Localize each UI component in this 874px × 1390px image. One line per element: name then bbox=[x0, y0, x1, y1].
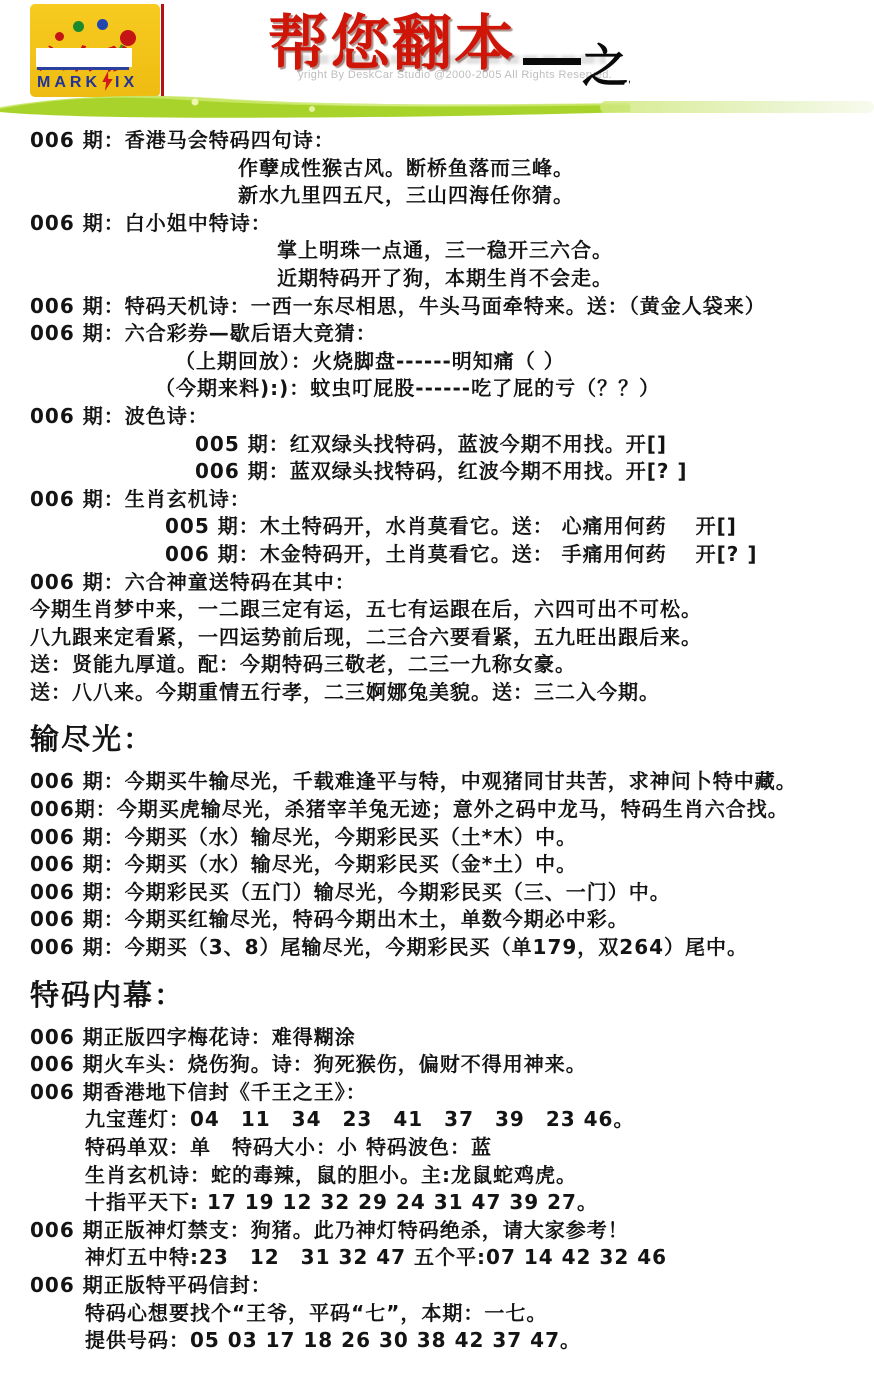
marksix-logo: 六合彩 MARKIX bbox=[30, 4, 160, 97]
text-line: 生肖玄机诗：蛇的毒辣，鼠的胆小。主:龙鼠蛇鸡虎。 bbox=[30, 1162, 868, 1190]
page: 六合彩 MARKIX yright By DeskCar Studio @200… bbox=[0, 0, 874, 1390]
text-line: 006 期香港地下信封《千王之王》： bbox=[30, 1079, 868, 1107]
text-line: 006 期：今期买（水）输尽光，今期彩民买（土*木）中。 bbox=[30, 824, 868, 852]
logo-dot bbox=[73, 21, 84, 32]
text-line: 作孽成性猴古风。断桥鱼落而三峰。 bbox=[30, 155, 868, 183]
text-line: 送：贤能九厚道。配：今期特码三敬老，二三一九称女豪。 bbox=[30, 651, 868, 679]
text-line: 九宝莲灯：04 11 34 23 41 37 39 23 46。 bbox=[30, 1106, 868, 1134]
text-line: 006 期：今期买牛输尽光，千载难逢平与特，中观猪同甘共苦，求神问卜特中藏。 bbox=[30, 768, 868, 796]
text-line: 006 期：今期买（3、8）尾输尽光，今期彩民买（单179，双264）尾中。 bbox=[30, 934, 868, 962]
text-line: 006 期：六合神童送特码在其中： bbox=[30, 569, 868, 597]
text-line: 006 期：特码天机诗：一西一东尽相思，牛头马面牵特来。送：（黄金人袋来） bbox=[30, 293, 868, 321]
text-line: 005 期：木土特码开，水肖莫看它。送： 心痛用何药 开[] bbox=[30, 513, 868, 541]
grass-dot bbox=[192, 99, 199, 106]
text-line: 006 期正版神灯禁支：狗猪。此乃神灯特码绝杀，请大家参考！ bbox=[30, 1217, 868, 1245]
text-line: 特码心想要找个“王爷，平码“七”，本期：一七。 bbox=[30, 1300, 868, 1328]
text-line: 006 期：今期彩民买（五门）输尽光，今期彩民买（三、一门）中。 bbox=[30, 879, 868, 907]
section-heading: 特码内幕： bbox=[30, 977, 868, 1013]
text-line: 今期生肖梦中来，一二跟三定有运，五七有运跟在后，六四可出不可松。 bbox=[30, 596, 868, 624]
text-line: 005 期：红双绿头找特码，蓝波今期不用找。开[] bbox=[30, 431, 868, 459]
lightning-bolt-icon bbox=[101, 71, 114, 91]
text-line: 006 期：白小姐中特诗： bbox=[30, 210, 868, 238]
text-line: 006 期：木金特码开，土肖莫看它。送： 手痛用何药 开[? ] bbox=[30, 541, 868, 569]
logo-cover-box bbox=[36, 48, 132, 67]
header: 六合彩 MARKIX yright By DeskCar Studio @200… bbox=[0, 0, 874, 124]
content: 006 期：香港马会特码四句诗：作孽成性猴古风。断桥鱼落而三峰。新水九里四五尺，… bbox=[0, 124, 874, 1355]
title-dash: —— bbox=[523, 58, 581, 65]
grass-band bbox=[0, 90, 630, 124]
text-line: 掌上明珠一点通，三一稳开三六合。 bbox=[30, 237, 868, 265]
text-line: 006 期火车头：烧伤狗。诗：狗死猴伤，偏财不得用神来。 bbox=[30, 1051, 868, 1079]
text-line: 006 期正版特平码信封： bbox=[30, 1272, 868, 1300]
text-line: 新水九里四五尺，三山四海任你猜。 bbox=[30, 182, 868, 210]
text-line: 十指平天下: 17 19 12 32 29 24 31 47 39 27。 bbox=[30, 1189, 868, 1217]
logo-underline bbox=[37, 67, 129, 70]
logo-brand: MARKIX bbox=[37, 71, 138, 92]
text-line: 006 期：生肖玄机诗： bbox=[30, 486, 868, 514]
text-line: 近期特码开了狗，本期生肖不会走。 bbox=[30, 265, 868, 293]
text-line: 特码单双：单 特码大小：小 特码波色：蓝 bbox=[30, 1134, 868, 1162]
header-graphic: 六合彩 MARKIX yright By DeskCar Studio @200… bbox=[0, 0, 630, 124]
text-line: 006 期正版四字梅花诗：难得糊涂 bbox=[30, 1024, 868, 1052]
text-line: 006 期：六合彩券—歇后语大竞猜： bbox=[30, 320, 868, 348]
text-line: 八九跟来定看紧，一四运势前后现，二三合六要看紧，五九旺出跟后来。 bbox=[30, 624, 868, 652]
text-line: （今期来料):)：蚊虫叮屁股------吃了屁的亏（？？） bbox=[30, 375, 868, 403]
logo-brand-mark: MARK bbox=[37, 74, 101, 91]
text-line: （上期回放）：火烧脚盘------明知痛（ ） bbox=[30, 348, 868, 376]
text-line: 006 期：蓝双绿头找特码，红波今期不用找。开[? ] bbox=[30, 458, 868, 486]
page-title: 帮您翻本 bbox=[268, 0, 516, 82]
logo-right-bar bbox=[161, 4, 164, 97]
logo-dot bbox=[97, 19, 108, 30]
text-line: 006 期：今期买（水）输尽光，今期彩民买（金*土）中。 bbox=[30, 851, 868, 879]
text-line: 神灯五中特:23 12 31 32 47 五个平:07 14 42 32 46 bbox=[30, 1244, 868, 1272]
text-line: 送：八八来。今期重情五行孝，二三婀娜兔美貌。送：三二入今期。 bbox=[30, 679, 868, 707]
text-line: 006 期：香港马会特码四句诗： bbox=[30, 127, 868, 155]
grass-band-tail bbox=[600, 101, 874, 113]
text-line: 006 期：波色诗： bbox=[30, 403, 868, 431]
text-line: 提供号码：05 03 17 18 26 30 38 42 37 47。 bbox=[30, 1327, 868, 1355]
grass-shape-main bbox=[0, 96, 630, 118]
section-heading: 输尽光： bbox=[30, 721, 868, 757]
logo-brand-ix: IX bbox=[115, 74, 138, 91]
title-suffix: 之五 bbox=[582, 30, 630, 96]
grass-dot bbox=[309, 106, 315, 112]
text-line: 006 期：今期买红输尽光，特码今期出木土，单数今期必中彩。 bbox=[30, 906, 868, 934]
text-line: 006期：今期买虎输尽光，杀猪宰羊兔无迹；意外之码中龙马，特码生肖六合找。 bbox=[30, 796, 868, 824]
